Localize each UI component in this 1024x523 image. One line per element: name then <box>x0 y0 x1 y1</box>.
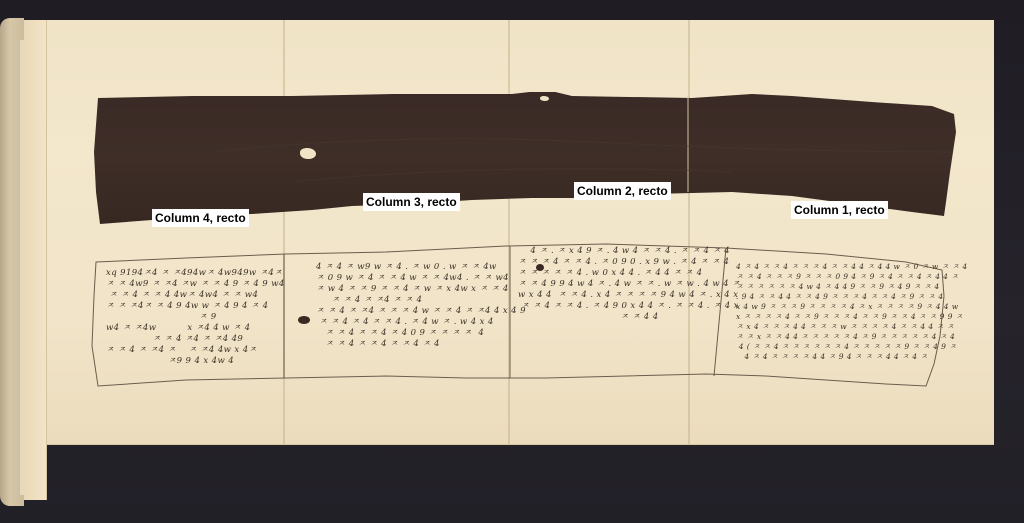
column-4-text: xq 9194ㅈ4 ㅈ ㅈ494wㅈ 4w949w ㅈ4ㅈ ㅈ ㅈ 4w9 ㅈ … <box>106 268 285 367</box>
ink-blot <box>536 264 544 271</box>
transcription-drawing: xq 9194ㅈ4 ㅈ ㅈ494wㅈ 4w949w ㅈ4ㅈ ㅈ ㅈ 4w9 ㅈ … <box>86 236 952 412</box>
manuscript-photo: xq 9194ㅈ4 ㅈ ㅈ494wㅈ 4w949w ㅈ4ㅈ ㅈ ㅈ 4w9 ㅈ … <box>0 0 1024 523</box>
column-1-text: 4 ㅈ 4 ㅈ ㅈ 4 ㅈ ㅈ ㅈ 4 ㅈ ㅈ 4 4 ㅈ 4 4 w ㅈ 0 … <box>736 262 968 362</box>
ink-blot <box>298 316 310 324</box>
column-2-text: 4 ㅈ . ㅈ x 4 9 ㅈ . 4 w 4 ㅈ ㅈ 4 . ㅈ ㅈ 4 ㅈ … <box>518 246 741 323</box>
label-column-1: Column 1, recto <box>791 201 888 219</box>
plate-margin <box>24 20 46 500</box>
label-column-3: Column 3, recto <box>363 193 460 211</box>
label-column-2: Column 2, recto <box>574 182 671 200</box>
label-column-4: Column 4, recto <box>152 209 249 227</box>
strip-hole <box>300 148 316 159</box>
column-3-text: 4 ㅈ 4 ㅈ w9 w ㅈ 4 . ㅈ w 0 . w ㅈ ㅈ 4w ㅈ 0 … <box>316 262 526 350</box>
strip-hole <box>540 96 549 101</box>
